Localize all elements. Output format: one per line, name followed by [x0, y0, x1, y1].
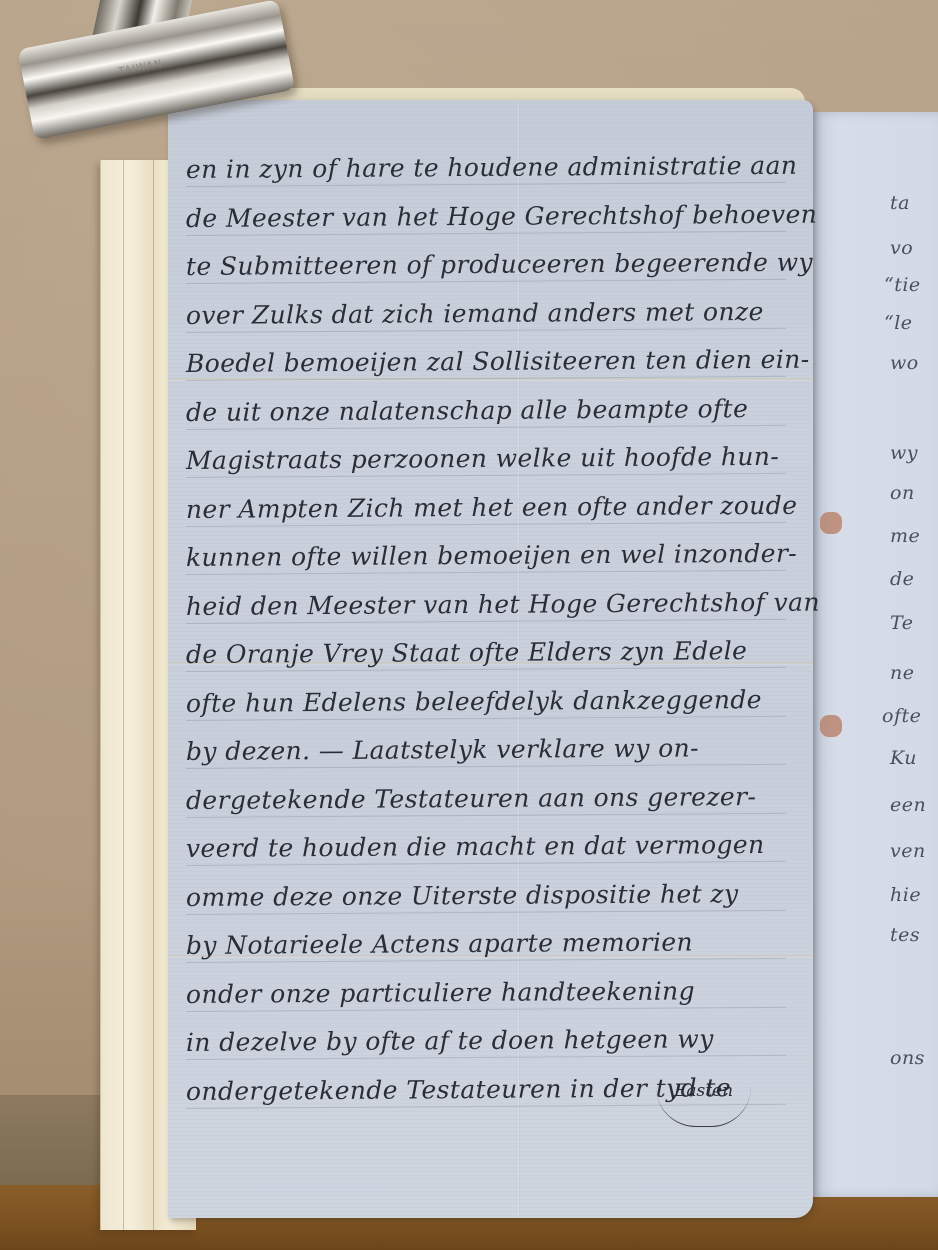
- facing-fragment: wo: [890, 352, 919, 374]
- manuscript-line: kunnen ofte willen bemoeijen en wel inzo…: [186, 536, 796, 589]
- facing-fragment: on: [890, 482, 915, 504]
- manuscript-line: dergetekende Testateuren aan ons gerezer…: [186, 778, 796, 831]
- facing-fragment: wy: [890, 442, 918, 464]
- manuscript-line: de uit onze nalatenschap alle beampte of…: [186, 390, 796, 443]
- manuscript-line: ner Ampten Zich met het een ofte ander z…: [186, 487, 796, 540]
- manuscript-line: heid den Meester van het Hoge Gerechtsho…: [186, 584, 796, 637]
- facing-fragment: ven: [890, 840, 926, 862]
- manuscript-line: over Zulks dat zich iemand anders met on…: [186, 293, 796, 346]
- facing-fragment: “tie: [884, 274, 921, 296]
- facing-fragment: ta: [890, 192, 910, 214]
- facing-fragment: ons: [890, 1047, 925, 1069]
- manuscript-line: by Notarieele Actens aparte memorien: [186, 924, 796, 977]
- facing-fragment: Te: [890, 612, 913, 634]
- facing-fragment: me: [890, 525, 920, 547]
- facing-fragment: vo: [890, 237, 913, 259]
- bulldog-clip: TAIWAN: [35, 0, 310, 185]
- facing-fragment: de: [890, 568, 914, 590]
- clip-engraving: TAIWAN: [118, 58, 164, 77]
- facing-fragment: een: [890, 794, 926, 816]
- facing-fragment: Ku: [890, 747, 917, 769]
- manuscript-line: onder onze particuliere handteekening: [186, 972, 796, 1025]
- manuscript-line: ofte hun Edelens beleefdelyk dankzeggend…: [186, 681, 796, 734]
- manuscript-line: omme deze onze Uiterste dispositie het z…: [186, 875, 796, 928]
- manuscript-line: in dezelve by ofte af te doen hetgeen wy: [186, 1021, 796, 1074]
- facing-fragment: tes: [890, 924, 920, 946]
- manuscript-line: de Meester van het Hoge Gerechtshof beho…: [186, 196, 796, 249]
- facing-fragment: ne: [890, 662, 914, 684]
- facing-fragment: hie: [890, 884, 921, 906]
- wax-seal-remnant: [820, 512, 842, 534]
- manuscript-line: Magistraats perzoonen welke uit hoofde h…: [186, 439, 796, 492]
- manuscript-line: Boedel bemoeijen zal Sollisiteeren ten d…: [186, 342, 796, 395]
- wax-seal-remnant: [820, 715, 842, 737]
- facing-fragment: “le: [884, 312, 913, 334]
- manuscript-page: en in zyn of hare te houdene administrat…: [168, 100, 813, 1218]
- facing-page: ta vo “tie “le wo wy on me de Te ne ofte…: [812, 112, 938, 1197]
- manuscript-text: en in zyn of hare te houdene administrat…: [186, 152, 796, 1122]
- facing-fragment: ofte: [882, 705, 921, 727]
- manuscript-line: by dezen. — Laatstelyk verklare wy on-: [186, 730, 796, 783]
- manuscript-line: veerd te houden die macht en dat vermoge…: [186, 827, 796, 880]
- manuscript-line: de Oranje Vrey Staat ofte Elders zyn Ede…: [186, 633, 796, 686]
- manuscript-line: te Submitteeren of produceeren begeerend…: [186, 245, 796, 298]
